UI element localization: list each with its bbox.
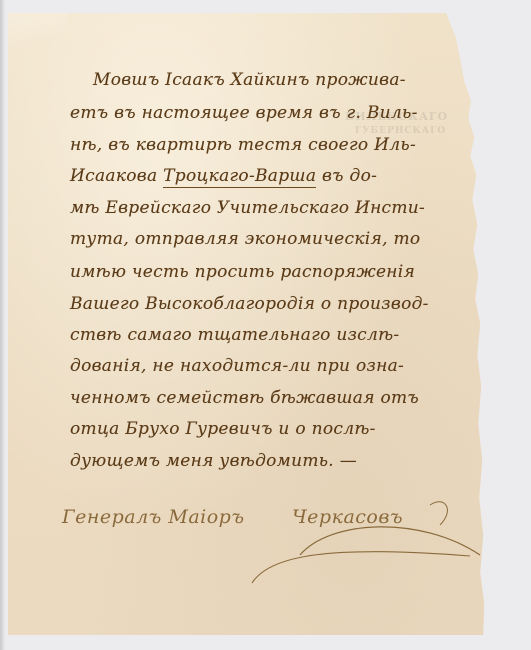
- letter-line-6: тута, отправляя экономическія, то: [70, 229, 420, 249]
- letter-line-5: мѣ Еврейскаго Учительскаго Инсти-: [70, 198, 425, 218]
- document-viewer: ВИЛЕНСКАГО ГУБЕРНСКАГО Мовшъ Ісаакъ Хайк…: [0, 0, 531, 650]
- letter-body: Мовшъ Ісаакъ Хайкинъ проживa- етъ въ нас…: [0, 0, 531, 650]
- letter-line-7: имѣю честь просить распоряженія: [70, 262, 415, 282]
- letter-line-11: ченномъ семействѣ бѣжавшая отъ: [70, 388, 419, 408]
- letter-line-4-suffix: въ до-: [316, 166, 377, 186]
- underlined-name: Троцкаго-Варша: [163, 166, 316, 188]
- letter-line-3: нѣ, въ квартирѣ тестя своего Иль-: [70, 135, 416, 155]
- signature-name: Черкасовъ: [292, 506, 403, 528]
- letter-line-9: ствѣ самаго тщательнаго изслѣ-: [70, 325, 399, 345]
- letter-line-4-prefix: Исаакова: [70, 166, 163, 186]
- letter-line-12: отца Брухо Гуревичъ и о послѣ-: [70, 419, 376, 439]
- signature-title: Генералъ Маіоръ: [62, 506, 245, 528]
- letter-line-1: Мовшъ Ісаакъ Хайкинъ проживa-: [93, 70, 406, 90]
- letter-line-8: Вашего Высокоблагородія о производ-: [70, 294, 429, 314]
- letter-line-2: етъ въ настоящее время въ г. Виль-: [70, 103, 418, 123]
- letter-line-4: Исаакова Троцкаго-Варша въ до-: [70, 166, 377, 186]
- letter-line-13: дующемъ меня увѣдомить. —: [70, 451, 357, 471]
- letter-line-10: дованія, не находится-ли при озна-: [70, 356, 404, 376]
